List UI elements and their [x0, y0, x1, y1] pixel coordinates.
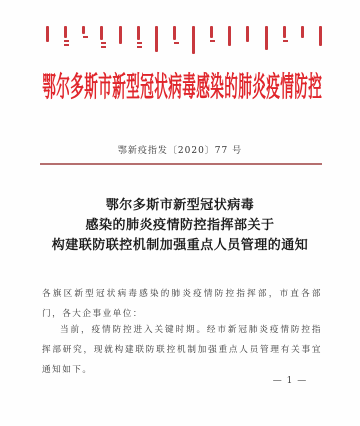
header-divider: [40, 163, 322, 165]
masthead-char: 新: [112, 70, 122, 102]
masthead-char: 斯: [84, 70, 94, 102]
mongolian-word: [44, 26, 50, 42]
title-line: 构建联防联控机制加强重点人员管理的通知: [0, 236, 360, 256]
masthead-char: 毒: [182, 70, 192, 102]
masthead-char: 疫: [266, 70, 276, 102]
masthead-char: 多: [70, 70, 80, 102]
page-number: — 1 —: [268, 376, 312, 386]
notice-title: 鄂尔多斯市新型冠状病毒 感染的肺炎疫情防控指挥部关于 构建联防联控机制加强重点人…: [0, 196, 360, 256]
title-line: 鄂尔多斯市新型冠状病毒: [0, 196, 360, 216]
masthead-char: 病: [168, 70, 178, 102]
masthead-char: 冠: [140, 70, 150, 102]
mongolian-word: [281, 26, 287, 42]
title-line: 感染的肺炎疫情防控指挥部关于: [0, 216, 360, 236]
masthead-char: 感: [196, 70, 206, 102]
masthead-char: 肺: [238, 70, 248, 102]
masthead-char: 状: [154, 70, 164, 102]
mongolian-word: [263, 26, 269, 50]
mongolian-word: [245, 26, 251, 42]
mongolian-word: [190, 26, 196, 54]
masthead-char: 市: [98, 70, 108, 102]
masthead-title: 鄂 尔 多 斯 市 新 型 冠 状 病 毒 感 染 的 肺 炎 疫 情 防 控 …: [40, 70, 322, 102]
mongolian-word: [99, 26, 105, 48]
masthead-char: 情: [280, 70, 290, 102]
masthead-char: 控: [308, 70, 318, 102]
mongolian-word: [318, 26, 324, 46]
mongolian-word: [154, 26, 160, 52]
document-page: 鄂 尔 多 斯 市 新 型 冠 状 病 毒 感 染 的 肺 炎 疫 情 防 控 …: [0, 0, 360, 426]
mongolian-word: [172, 26, 178, 44]
mongolian-word: [62, 26, 68, 46]
mongolian-word: [300, 26, 306, 38]
mongolian-word: [227, 26, 233, 46]
masthead-char: 防: [294, 70, 304, 102]
body-paragraph: 当前，疫情防控进入关键时期。经市新冠肺炎疫情防控指挥部研究，现就构建联防联控机制…: [42, 320, 322, 380]
mongolian-word: [135, 26, 141, 48]
masthead-char: 的: [224, 70, 234, 102]
masthead-char: 染: [210, 70, 220, 102]
salutation: 各旗区新型冠状病毒感染的肺炎疫情防控指挥部，市直各部门，各大企事业单位：: [42, 284, 322, 324]
masthead-char: 尔: [56, 70, 66, 102]
masthead-char: 炎: [252, 70, 262, 102]
document-number: 鄂新疫指发〔2020〕77 号: [0, 143, 360, 156]
mongolian-word: [208, 26, 214, 42]
masthead-char: 鄂: [42, 70, 52, 102]
masthead-char: 型: [126, 70, 136, 102]
mongolian-script-header: [44, 26, 324, 62]
mongolian-word: [117, 26, 123, 44]
mongolian-word: [81, 26, 87, 38]
